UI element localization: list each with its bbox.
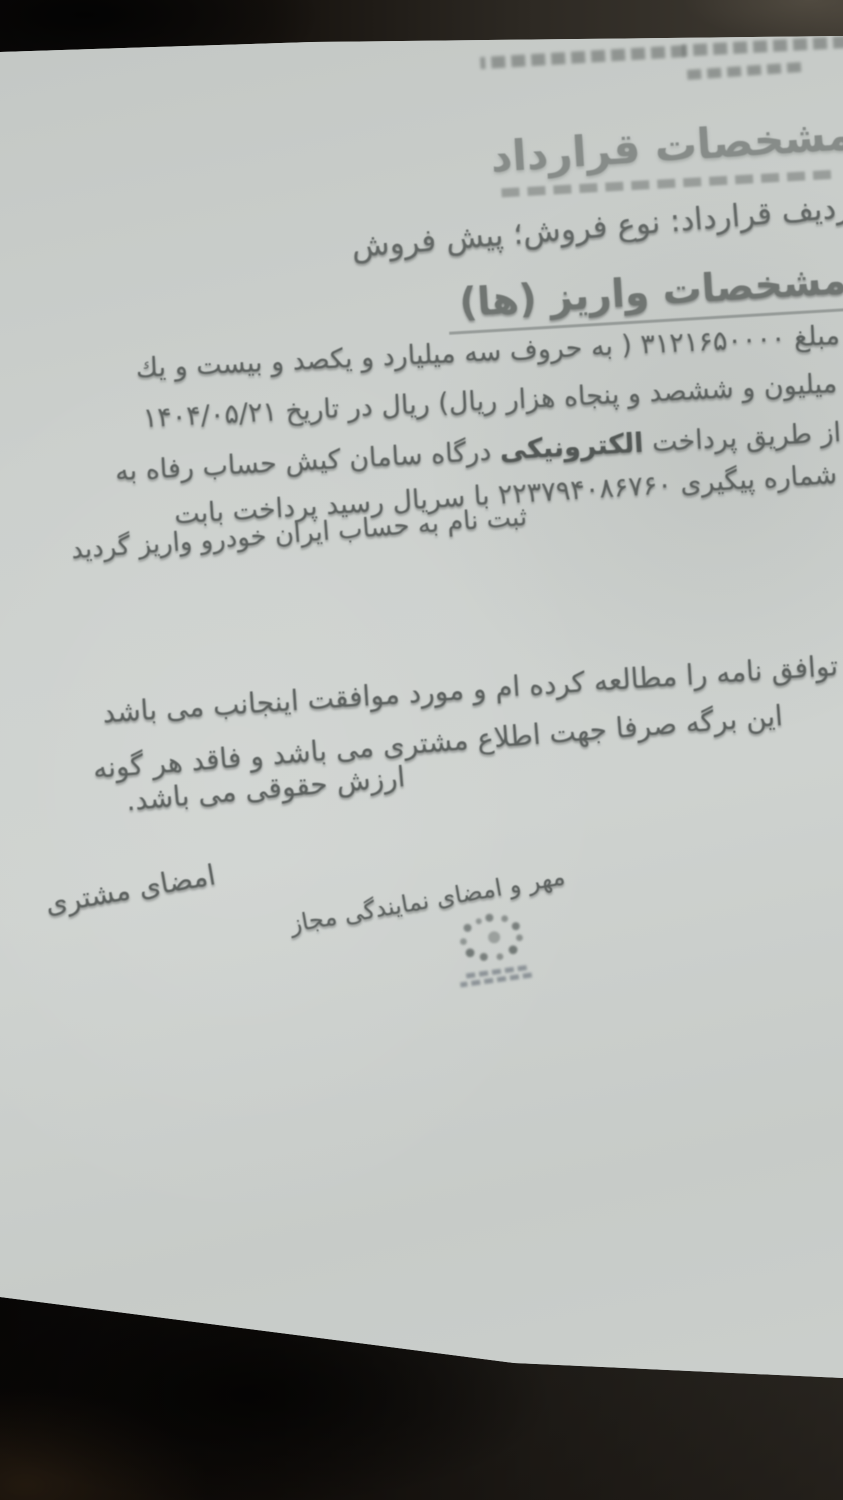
document-photo: مشخصات قرارداد ردیف قرارداد: نوع فروش؛ پ…: [0, 0, 843, 1500]
electronic-payment-bold: الکترونیکی: [499, 428, 644, 467]
top-edge-faded-print: [683, 62, 801, 80]
dealer-stamp-icon: [447, 905, 541, 996]
top-edge-faded-print: [480, 45, 685, 69]
contract-paper: مشخصات قرارداد ردیف قرارداد: نوع فروش؛ پ…: [0, 0, 843, 1500]
stamp-dots: [447, 905, 538, 970]
contract-title: مشخصات قرارداد: [489, 110, 843, 182]
customer-signature-label: امضای مشتری: [43, 858, 218, 920]
deposit-line-3-post: درگاه سامان کیش حساب رفاه به: [114, 436, 500, 488]
top-edge-faded-print: [682, 36, 843, 57]
contract-row-line: ردیف قرارداد: نوع فروش؛ پیش فروش: [350, 189, 843, 265]
deposit-line-3-pre: از طریق پرداخت: [643, 417, 842, 459]
